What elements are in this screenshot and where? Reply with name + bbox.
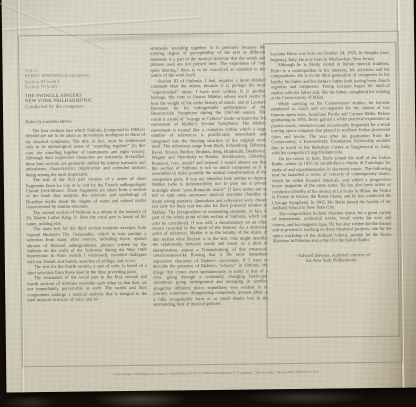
bio-paragraph: While carrying on his Conservatory studi… <box>271 99 391 155</box>
notes-paragraph: struments sounding together. It is preci… <box>150 44 265 78</box>
fine-print-credits: Cover design: John Berg/Cover photo: Col… <box>46 369 386 377</box>
performers-block: THE SWINGLE SINGERS NEW YORK PHILHARMONI… <box>25 92 147 110</box>
composer-bio: Luciano Berio was born on October 24, 19… <box>270 50 391 244</box>
album-back-cover: Side 2: BERIO: SINFONIA (Conclusion) Sec… <box>2 0 416 393</box>
composer-bio-box: Luciano Berio was born on October 24, 19… <box>263 42 400 339</box>
notes-paragraph: Section III of Sinfonia, I feel, require… <box>151 77 269 307</box>
bio-paragraph: Although he is firmly rooted in Italian … <box>270 61 389 101</box>
notes-paragraph: The treatments of the vocal part in the … <box>27 274 147 303</box>
section-line: Section IV (end) <box>25 83 147 90</box>
notes-paragraph: The text of the first part consists of a… <box>26 176 146 210</box>
bio-paragraph: His compositions include chamber music f… <box>272 209 391 243</box>
tracklist: Side 2: BERIO: SINFONIA (Conclusion) Sec… <box>24 67 146 90</box>
notes-column-middle: struments sounding together. It is preci… <box>150 44 268 307</box>
tracklist-block: Side 2: BERIO: SINFONIA (Conclusion) Sec… <box>24 67 147 111</box>
signature-line: the New York Philharmonic. <box>273 257 392 264</box>
notes-paragraph: The second section of Sinfonia is a trib… <box>26 209 146 227</box>
notes-column-left: The four sections into which Sinfonia (c… <box>25 127 147 303</box>
notes-paragraph: The main text for the third section incl… <box>26 225 146 265</box>
bio-paragraph: On his return to Italy, Berio joined the… <box>272 154 392 210</box>
notes-paragraph: The four sections into which Sinfonia (c… <box>25 127 146 178</box>
bio-signature: —Edward Downes, reprinted courtesy of th… <box>273 251 392 264</box>
